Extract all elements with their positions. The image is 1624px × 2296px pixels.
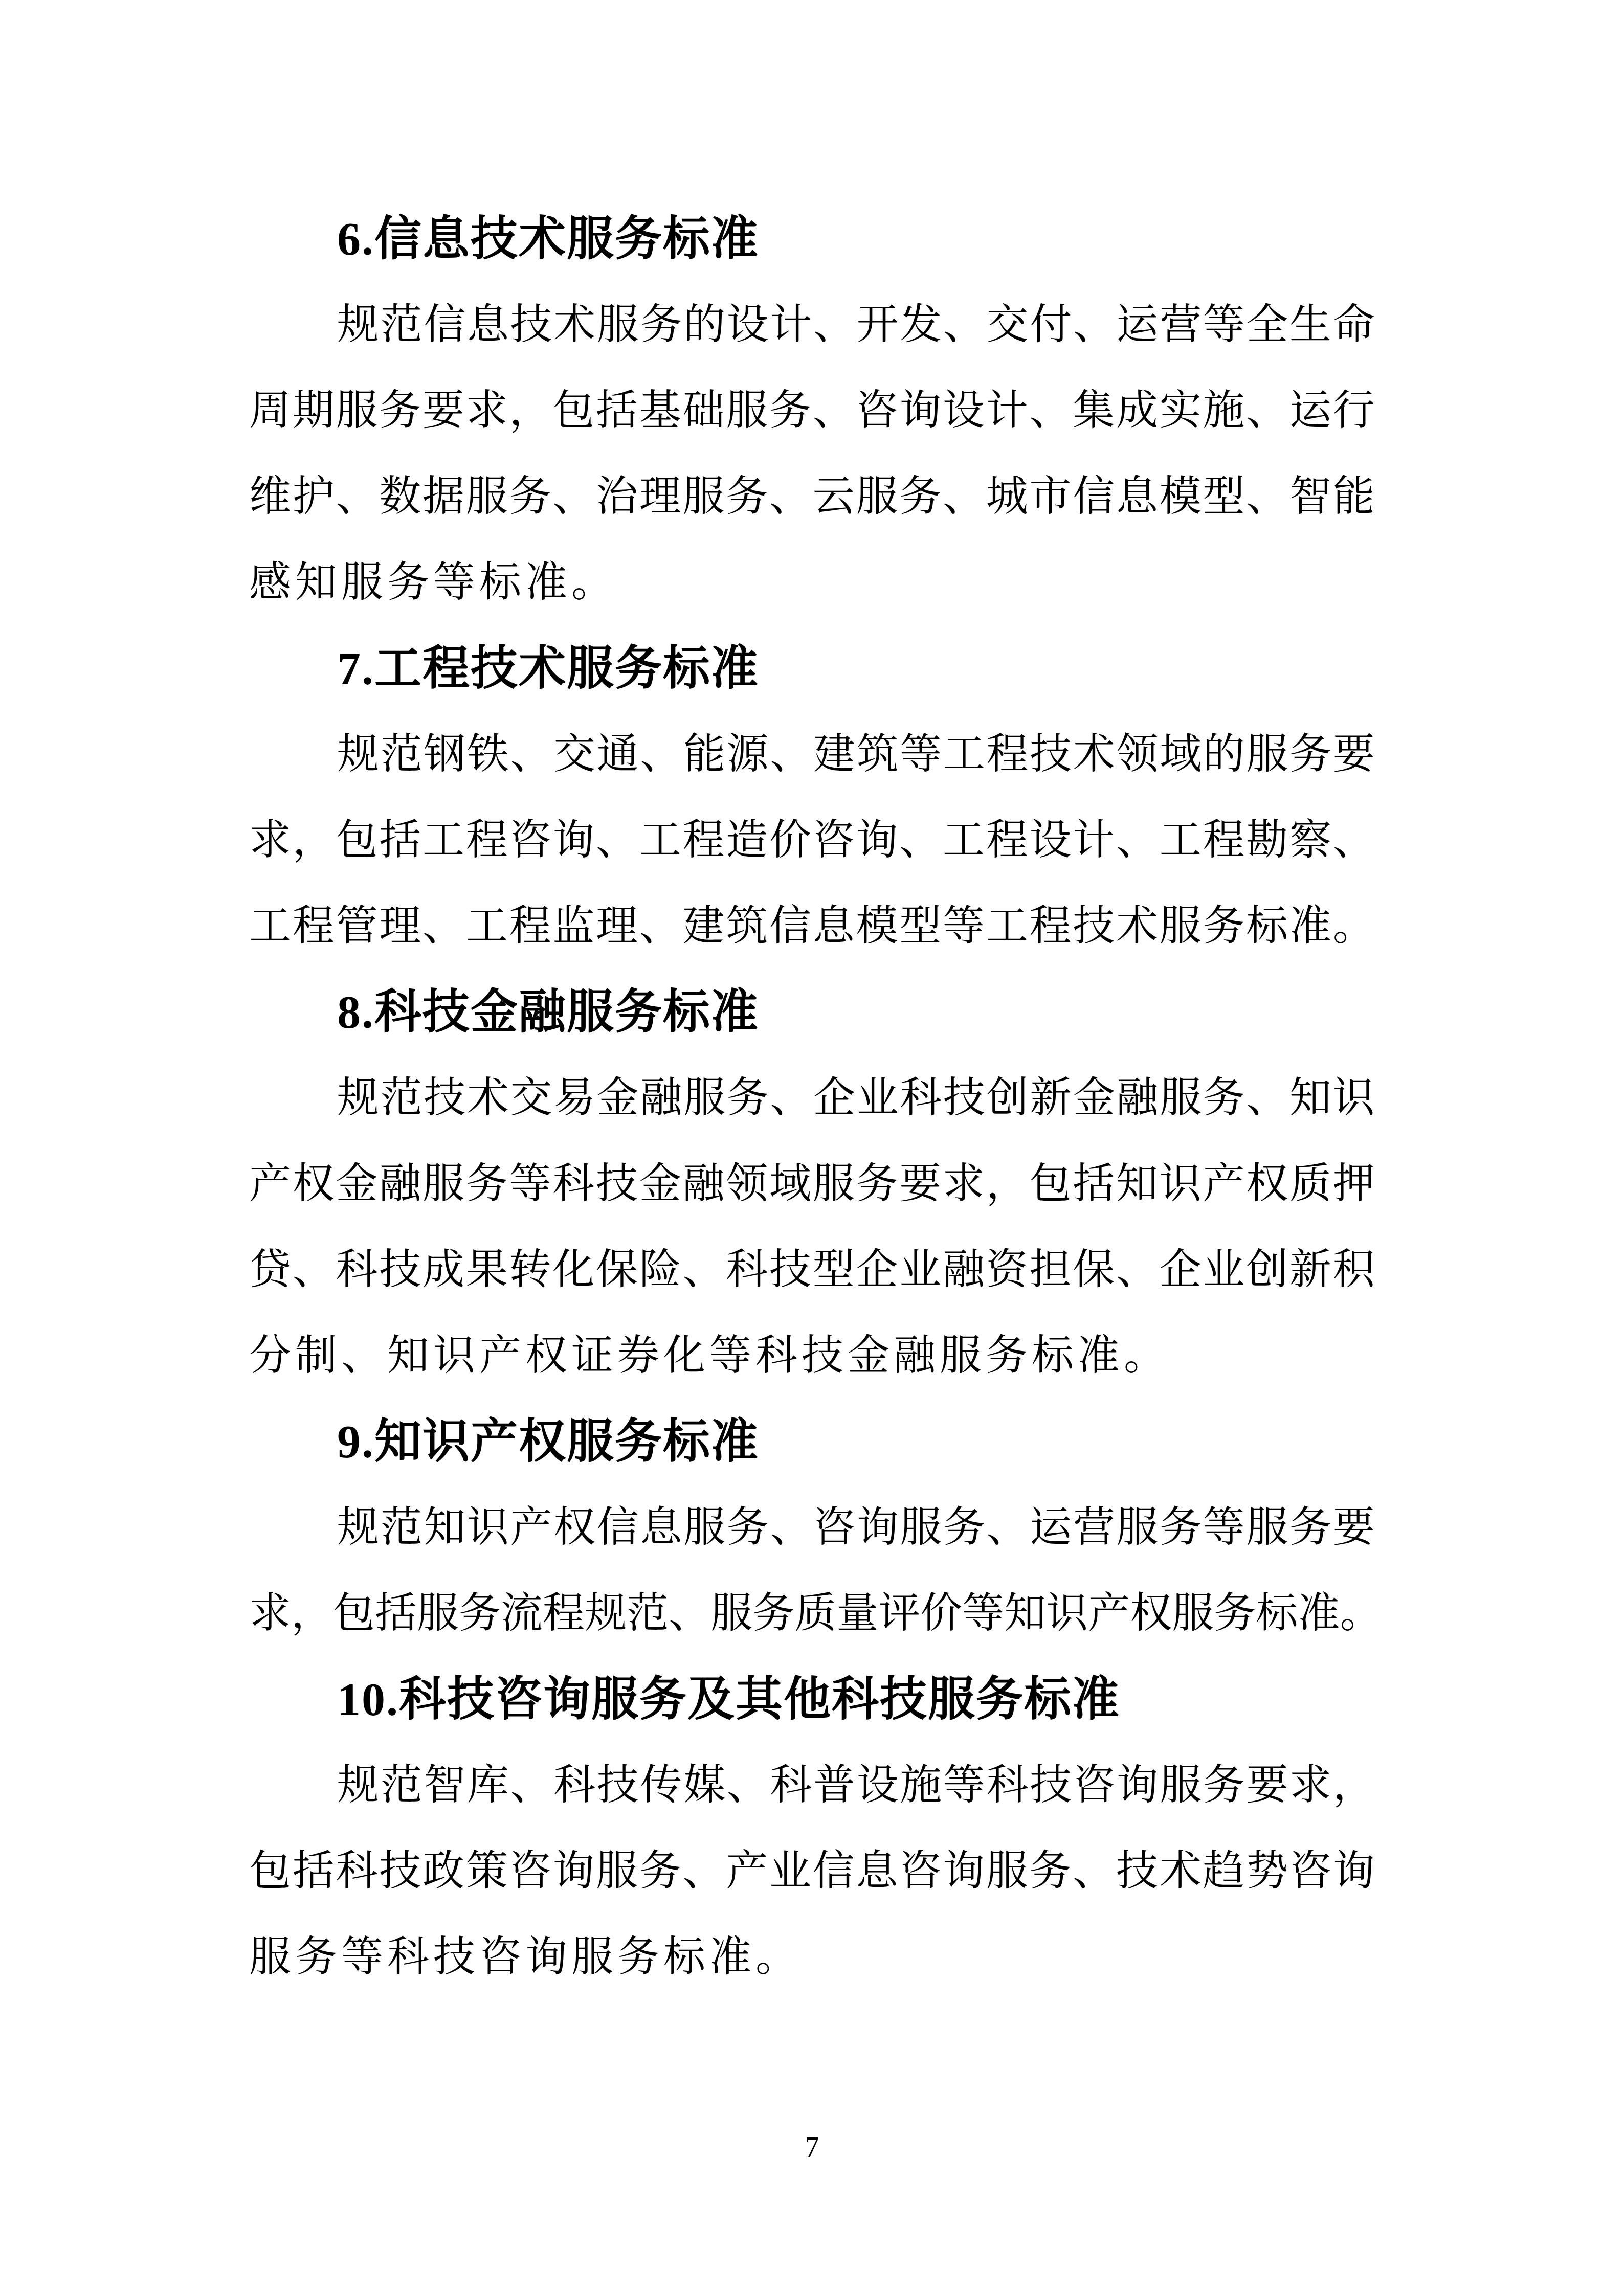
body-line: 分制、知识产权证券化等科技金融服务标准。 (249, 1313, 1375, 1399)
section-8: 8.科技金融服务标准 规范技术交易金融服务、企业科技创新金融服务、知识 产权金融… (249, 969, 1375, 1399)
body-line: 规范技术交易金融服务、企业科技创新金融服务、知识 (249, 1055, 1375, 1141)
document-body: 6.信息技术服务标准 规范信息技术服务的设计、开发、交付、运营等全生命 周期服务… (249, 196, 1375, 2000)
section-heading: 10.科技咨询服务及其他科技服务标准 (249, 1656, 1375, 1742)
section-heading: 8.科技金融服务标准 (249, 969, 1375, 1055)
section-heading: 9.知识产权服务标准 (249, 1399, 1375, 1484)
page-number: 7 (0, 2131, 1624, 2164)
body-line: 规范信息技术服务的设计、开发、交付、运营等全生命 (249, 282, 1375, 368)
section-10: 10.科技咨询服务及其他科技服务标准 规范智库、科技传媒、科普设施等科技咨询服务… (249, 1656, 1375, 2000)
section-heading: 7.工程技术服务标准 (249, 625, 1375, 711)
body-line: 规范智库、科技传媒、科普设施等科技咨询服务要求， (249, 1742, 1375, 1828)
body-line: 感知服务等标准。 (249, 539, 1375, 625)
body-line: 求，包括服务流程规范、服务质量评价等知识产权服务标准。 (249, 1570, 1375, 1656)
body-line: 贷、科技成果转化保险、科技型企业融资担保、企业创新积 (249, 1227, 1375, 1313)
section-heading: 6.信息技术服务标准 (249, 196, 1375, 282)
body-line: 工程管理、工程监理、建筑信息模型等工程技术服务标准。 (249, 883, 1375, 969)
body-line: 服务等科技咨询服务标准。 (249, 1914, 1375, 2000)
section-9: 9.知识产权服务标准 规范知识产权信息服务、咨询服务、运营服务等服务要 求，包括… (249, 1399, 1375, 1656)
body-line: 周期服务要求，包括基础服务、咨询设计、集成实施、运行 (249, 368, 1375, 454)
body-line: 维护、数据服务、治理服务、云服务、城市信息模型、智能 (249, 454, 1375, 539)
body-line: 规范钢铁、交通、能源、建筑等工程技术领域的服务要 (249, 711, 1375, 797)
body-line: 包括科技政策咨询服务、产业信息咨询服务、技术趋势咨询 (249, 1828, 1375, 1914)
section-7: 7.工程技术服务标准 规范钢铁、交通、能源、建筑等工程技术领域的服务要 求，包括… (249, 625, 1375, 969)
body-line: 规范知识产权信息服务、咨询服务、运营服务等服务要 (249, 1484, 1375, 1570)
body-line: 求，包括工程咨询、工程造价咨询、工程设计、工程勘察、 (249, 797, 1375, 883)
document-page: 6.信息技术服务标准 规范信息技术服务的设计、开发、交付、运营等全生命 周期服务… (0, 0, 1624, 2296)
section-6: 6.信息技术服务标准 规范信息技术服务的设计、开发、交付、运营等全生命 周期服务… (249, 196, 1375, 625)
body-line: 产权金融服务等科技金融领域服务要求，包括知识产权质押 (249, 1141, 1375, 1227)
